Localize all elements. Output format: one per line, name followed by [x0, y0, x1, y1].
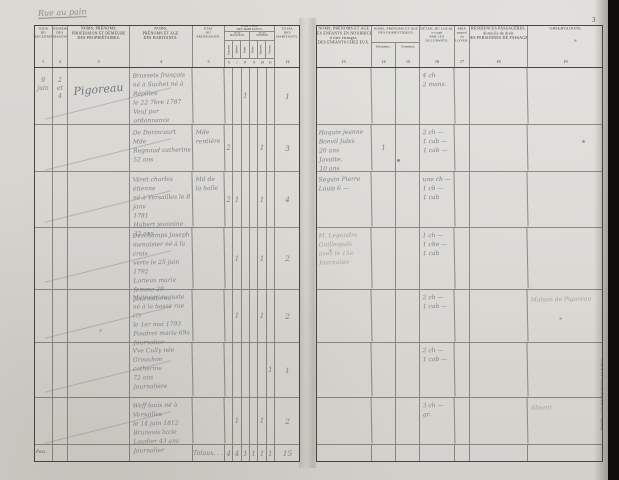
cell-residences	[470, 397, 529, 444]
cell-residences	[469, 67, 528, 124]
cell-proprietaire	[68, 398, 130, 444]
cell-observations	[527, 227, 603, 290]
left-table-row-2: De Dorincourt Mde Regnaud catherine 52 a…	[34, 125, 300, 172]
header-etat-civil-block: ÉTAT CIVIL DES HABITANTS. SEXE MASCULIN.…	[225, 25, 275, 67]
cell-jour	[34, 125, 53, 171]
cell-jour	[34, 343, 53, 397]
header-detail-local: DÉTAIL DU LOCAL occupé PAR LES OCCUPANTS…	[420, 25, 455, 67]
header-proprietaires: NOMS, PRÉNOMS, PROFESSION ET DEMEURE DES…	[68, 25, 130, 67]
header-domestiques-block: NOMS, PRÉNOMS ET AGE DES DOMESTIQUES. Ho…	[372, 25, 420, 67]
cell-prix-loyer	[455, 343, 470, 397]
col-number-3: 3	[77, 59, 120, 65]
paper-specks	[0, 0, 1, 1]
col-number-2: 2	[55, 59, 65, 65]
totals-total: 15	[275, 445, 300, 462]
header-numeros-maisons: NUMÉROS DES MAISONS. 2	[53, 25, 68, 67]
cell-numeros	[53, 343, 68, 397]
left-table-totals-row: Totaux. . .44111115	[34, 445, 300, 462]
cell-etat-civil-4	[258, 68, 266, 124]
cell-residences	[469, 342, 528, 397]
header-observations: OBSERVATIONS. 19	[528, 25, 603, 67]
cell-etat-civil-3	[250, 228, 258, 289]
col-number-15: 15	[400, 59, 417, 65]
cell-domestiques-femmes	[396, 172, 420, 227]
col-number-13: 13	[324, 59, 363, 65]
subcol-veufs: Veufs.	[241, 41, 249, 58]
cell-domestiques-femmes	[396, 398, 420, 444]
cell-habitants: Deschamps Joseph menuisier né à la croix…	[129, 227, 193, 289]
totals-empty	[130, 445, 193, 462]
subcol-mariees: Mariées.	[258, 41, 266, 58]
cell-profession	[193, 398, 226, 445]
cell-etat-civil-5	[267, 290, 275, 342]
subcol-maries: Mariés.	[233, 41, 241, 58]
left-table-row-6: Vve Cully née Grouchon catherine 72 ans …	[34, 343, 300, 398]
cell-domestiques-hommes	[372, 343, 396, 397]
left-table-header: JOUR DU RECENSEMENT. 1 NUMÉROS DES MAISO…	[34, 25, 300, 68]
cell-habitants: De Dorincourt Mde Regnaud catherine 52 a…	[130, 124, 194, 171]
cell-enfants	[315, 67, 372, 124]
cell-etat-civil-2	[242, 172, 250, 227]
cell-numeros: 2 et 4	[53, 68, 68, 124]
cell-domestiques-hommes	[372, 398, 396, 444]
cell-etat-civil-3	[250, 125, 258, 171]
left-table-body: 9 juin2 et 4PigoreauBrossets françois né…	[34, 68, 300, 462]
right-table-row-2: Hoquin jeanne Bonvil Jules 20 ans Javott…	[316, 125, 603, 172]
cell-etat-civil-2: 1	[242, 68, 250, 124]
right-table-totals-row	[316, 445, 603, 462]
cell-jour	[34, 290, 53, 342]
cell-observations: Maison de Pigoreau	[527, 289, 603, 343]
totals-etat-civil-1: 4	[233, 445, 241, 462]
header-jour: JOUR DU RECENSEMENT. 1	[34, 25, 53, 67]
col-number-17: 17	[457, 59, 467, 65]
totals-etat-civil-3: 1	[250, 445, 258, 462]
cell-numeros	[53, 398, 68, 444]
etat-civil-groups: SEXE MASCULIN. SEXE FÉMININ.	[225, 32, 274, 41]
cell-etat-civil-0: 2	[225, 172, 233, 227]
cell-proprietaire	[68, 343, 130, 397]
totals-empty	[455, 445, 470, 462]
cell-domestiques-hommes	[372, 290, 396, 342]
cell-prix-loyer	[455, 228, 470, 289]
header-total-habitants: TOTAL DES HABITANTS. 12	[275, 25, 300, 67]
cell-profession	[192, 228, 225, 290]
cell-domestiques-hommes	[372, 228, 396, 289]
cell-etat-civil-2	[242, 290, 250, 342]
totals-etat-civil-0: 4	[225, 445, 233, 462]
cell-residences	[470, 124, 529, 171]
totals-empty	[316, 445, 372, 462]
cell-profession: Mde rentière	[193, 125, 226, 172]
proprietaire-name: Pigoreau	[68, 80, 130, 98]
cell-etat-civil-1: 1	[233, 172, 241, 227]
cell-profession: Md de la halle	[192, 172, 225, 228]
cell-enfants	[316, 397, 373, 444]
cell-observations	[528, 124, 604, 172]
cell-detail-local: une ch — 1 ch — 1 cab	[419, 172, 455, 228]
right-table-row-5: 2 ch — 1 cab —Maison de Pigoreau	[316, 290, 603, 343]
cell-total-habitants: 2	[275, 228, 300, 289]
cell-residences	[469, 227, 528, 289]
cell-total-habitants: 4	[275, 172, 300, 227]
cell-enfants: Hoquin jeanne Bonvil Jules 20 ans Javott…	[316, 124, 373, 171]
cell-total-habitants: 1	[275, 68, 300, 124]
domestiques-title: NOMS, PRÉNOMS ET AGE DES DOMESTIQUES.	[372, 25, 419, 43]
cell-etat-civil-5	[267, 172, 275, 227]
header-prix-loyer: PRIX annuel du LOYER. 17	[455, 25, 470, 67]
cell-domestiques-hommes	[372, 68, 396, 124]
cell-etat-civil-5	[267, 228, 275, 289]
cell-habitants: Weff louis né à Versailles le 14 juin 18…	[130, 397, 194, 444]
left-table-row-1: 9 juin2 et 4PigoreauBrossets françois né…	[34, 68, 300, 125]
cell-proprietaire	[68, 228, 130, 289]
cell-etat-civil-4: 1	[258, 398, 266, 444]
street-name-annotation: Rue au pain	[38, 7, 87, 18]
cell-detail-local: 3 ch — gr.	[420, 398, 456, 445]
cell-prix-loyer	[455, 68, 470, 124]
col-number-18: 18	[479, 59, 519, 65]
col-number-16: 16	[425, 59, 449, 65]
cell-etat-civil-0	[225, 68, 233, 124]
left-table-row-4: Deschamps Joseph menuisier né à la croix…	[34, 228, 300, 290]
printer-imprint: Versailles. — Typ. Montalant-Bougleux, r…	[600, 354, 603, 431]
cell-proprietaire	[68, 172, 130, 227]
page-number: 3	[592, 16, 596, 24]
col-number-1: 1	[37, 59, 50, 65]
cell-proprietaire	[68, 125, 130, 171]
cell-habitants: Vve Cully née Grouchon catherine 72 ans …	[129, 342, 193, 397]
cell-numeros	[53, 172, 68, 227]
cell-etat-civil-5: 1	[267, 343, 275, 397]
cell-detail-local: 4 ch 2 mans.	[419, 68, 455, 125]
cell-etat-civil-4: 1	[258, 172, 266, 227]
cell-profession	[192, 290, 225, 343]
cell-total-habitants: 2	[275, 290, 300, 342]
cell-prix-loyer	[455, 398, 470, 444]
totals-empty	[53, 445, 68, 462]
cell-residences	[469, 289, 528, 342]
totals-etat-civil-5: 1	[267, 445, 275, 462]
cell-domestiques-femmes	[396, 68, 420, 124]
paper-sheet: Rue au pain 3 Pass. Versailles. — Typ. M…	[0, 0, 608, 480]
cell-etat-civil-4: 1	[258, 290, 266, 342]
etat-civil-title: ÉTAT CIVIL DES HABITANTS.	[225, 25, 274, 32]
cell-etat-civil-0	[225, 343, 233, 397]
cell-total-habitants: 1	[275, 343, 300, 397]
header-etat-profession: ÉTAT OU PROFESSION. 5	[193, 25, 225, 67]
group-sexe-masculin: SEXE MASCULIN.	[225, 32, 250, 40]
cell-enfants: M. Legendre Guillespale avec le 15e Jour…	[315, 227, 372, 289]
col-number-12: 12	[279, 59, 297, 65]
cell-etat-civil-1	[233, 125, 241, 171]
cell-habitants: Métivier auguste né à la basse rue (?) l…	[129, 289, 193, 342]
cell-profession	[192, 68, 225, 125]
right-table-row-4: M. Legendre Guillespale avec le 15e Jour…	[316, 228, 603, 290]
cell-residences	[469, 171, 528, 227]
right-table-body: 4 ch 2 mans.Hoquin jeanne Bonvil Jules 2…	[316, 68, 603, 462]
etat-civil-subcolumns: Garçons. Mariés. Veufs. Filles. Mariées.…	[225, 41, 274, 58]
header-residences-passageres: RÉSIDENCES PASSAGÈRES, domicile de droit…	[470, 25, 528, 67]
cell-domestiques-femmes	[396, 125, 420, 171]
cell-observations	[527, 67, 603, 125]
cell-etat-civil-0	[225, 290, 233, 342]
cell-etat-civil-4: 1	[258, 125, 266, 171]
totals-empty	[372, 445, 396, 462]
cell-domestiques-femmes	[396, 290, 420, 342]
right-table-row-1: 4 ch 2 mans.	[316, 68, 603, 125]
page-fold-gutter	[299, 18, 317, 468]
subcol-filles: Filles.	[250, 41, 258, 58]
totals-empty	[396, 445, 420, 462]
col-number-19: 19	[539, 59, 592, 65]
cell-detail-local: 2 ch — 1 cab —	[419, 343, 455, 398]
cell-etat-civil-1: 1	[233, 398, 241, 444]
cell-etat-civil-0	[225, 398, 233, 444]
totals-empty	[420, 445, 455, 462]
cell-detail-local: 2 ch — 1 cab — 1 cab —	[420, 125, 456, 172]
etat-civil-numbers: 6 7 8 9 10 11	[225, 58, 274, 67]
cell-enfants	[315, 342, 372, 397]
cell-observations	[527, 342, 603, 398]
cell-habitants: Véret charles étienne né à Versailles le…	[129, 171, 193, 227]
col-number-4: 4	[139, 59, 182, 65]
subcol-veuves: Veuves.	[266, 41, 274, 58]
col-number-14: 14	[375, 59, 391, 65]
totals-empty	[528, 445, 603, 462]
cell-habitants: Brossets françois né à Suchet né à Répil…	[129, 67, 193, 124]
cell-total-habitants: 2	[275, 398, 300, 444]
cell-etat-civil-5	[267, 398, 275, 444]
totals-empty	[34, 445, 53, 462]
left-table-row-3: Véret charles étienne né à Versailles le…	[34, 172, 300, 228]
cell-etat-civil-5	[267, 68, 275, 124]
cell-prix-loyer	[455, 125, 470, 171]
cell-enfants: Seguin Pierre Louis 6 —	[315, 171, 372, 227]
cell-jour	[34, 398, 53, 444]
cell-numeros	[53, 125, 68, 171]
cell-etat-civil-3	[250, 290, 258, 342]
subcol-domestiques-hommes: Hommes. 14	[372, 43, 396, 67]
census-table-right: NOMS, PRÉNOMS ET AGE DES ENFANTS EN NOUR…	[316, 25, 603, 462]
cell-observations	[527, 171, 603, 228]
right-table-row-7: 3 ch — gr.Absent	[316, 398, 603, 445]
totals-etat-civil-4: 1	[258, 445, 266, 462]
cell-detail-local: 1 ch — 1 che — 1 cab	[419, 228, 455, 290]
right-table-row-6: 2 ch — 1 cab —	[316, 343, 603, 398]
cell-etat-civil-4: 1	[258, 228, 266, 289]
cell-etat-civil-3	[250, 68, 258, 124]
cell-enfants	[315, 289, 372, 342]
cell-etat-civil-1	[233, 68, 241, 124]
subcol-garcons: Garçons.	[225, 41, 233, 58]
header-enfants: NOMS, PRÉNOMS ET AGE DES ENFANTS EN NOUR…	[316, 25, 372, 67]
cell-etat-civil-0: 2	[225, 125, 233, 171]
cell-jour: 9 juin	[34, 68, 53, 124]
totals-empty	[470, 445, 528, 462]
cell-domestiques-femmes	[396, 343, 420, 397]
domestiques-subcolumns: Hommes. 14 Femmes. 15	[372, 43, 419, 67]
cell-numeros	[53, 228, 68, 289]
totals-etat-civil-2: 1	[242, 445, 250, 462]
cell-proprietaire: Pigoreau	[68, 68, 130, 124]
cell-etat-civil-1: 1	[233, 290, 241, 342]
cell-detail-local: 2 ch — 1 cab —	[419, 290, 455, 343]
totals-label: Totaux. . .	[193, 445, 225, 462]
cell-etat-civil-2	[242, 228, 250, 289]
cell-etat-civil-3	[250, 398, 258, 444]
cell-total-habitants: 3	[275, 125, 300, 171]
left-table-row-5: Métivier auguste né à la basse rue (?) l…	[34, 290, 300, 343]
cell-jour	[34, 228, 53, 289]
cell-domestiques-hommes	[372, 172, 396, 227]
cell-profession	[192, 343, 225, 398]
cell-prix-loyer	[455, 172, 470, 227]
cell-etat-civil-4	[258, 343, 266, 397]
group-sexe-feminin: SEXE FÉMININ.	[250, 32, 274, 40]
cell-prix-loyer	[455, 290, 470, 342]
scanned-register-page: Rue au pain 3 Pass. Versailles. — Typ. M…	[0, 0, 619, 480]
cell-etat-civil-1	[233, 343, 241, 397]
cell-etat-civil-5	[267, 125, 275, 171]
cell-etat-civil-0	[225, 228, 233, 289]
header-habitants: NOMS, PRÉNOMS ET AGE DES HABITANTS. 4	[130, 25, 193, 67]
right-table-row-3: Seguin Pierre Louis 6 —une ch — 1 ch — 1…	[316, 172, 603, 228]
col-number-5: 5	[198, 59, 220, 65]
cell-etat-civil-3	[250, 172, 258, 227]
cell-jour	[34, 172, 53, 227]
cell-etat-civil-2	[242, 343, 250, 397]
cell-etat-civil-1: 1	[233, 228, 241, 289]
cell-observations: Absent	[528, 397, 604, 445]
totals-empty	[68, 445, 130, 462]
cell-etat-civil-3	[250, 343, 258, 397]
cell-domestiques-femmes	[396, 228, 420, 289]
census-table-left: JOUR DU RECENSEMENT. 1 NUMÉROS DES MAISO…	[34, 25, 300, 462]
cell-proprietaire	[68, 290, 130, 342]
right-table-header: NOMS, PRÉNOMS ET AGE DES ENFANTS EN NOUR…	[316, 25, 603, 68]
left-table-row-7: Weff louis né à Versailles le 14 juin 18…	[34, 398, 300, 445]
cell-domestiques-hommes: 1	[372, 125, 396, 171]
cell-etat-civil-2	[242, 398, 250, 444]
cell-etat-civil-2	[242, 125, 250, 171]
subcol-domestiques-femmes: Femmes. 15	[396, 43, 420, 67]
cell-numeros	[53, 290, 68, 342]
